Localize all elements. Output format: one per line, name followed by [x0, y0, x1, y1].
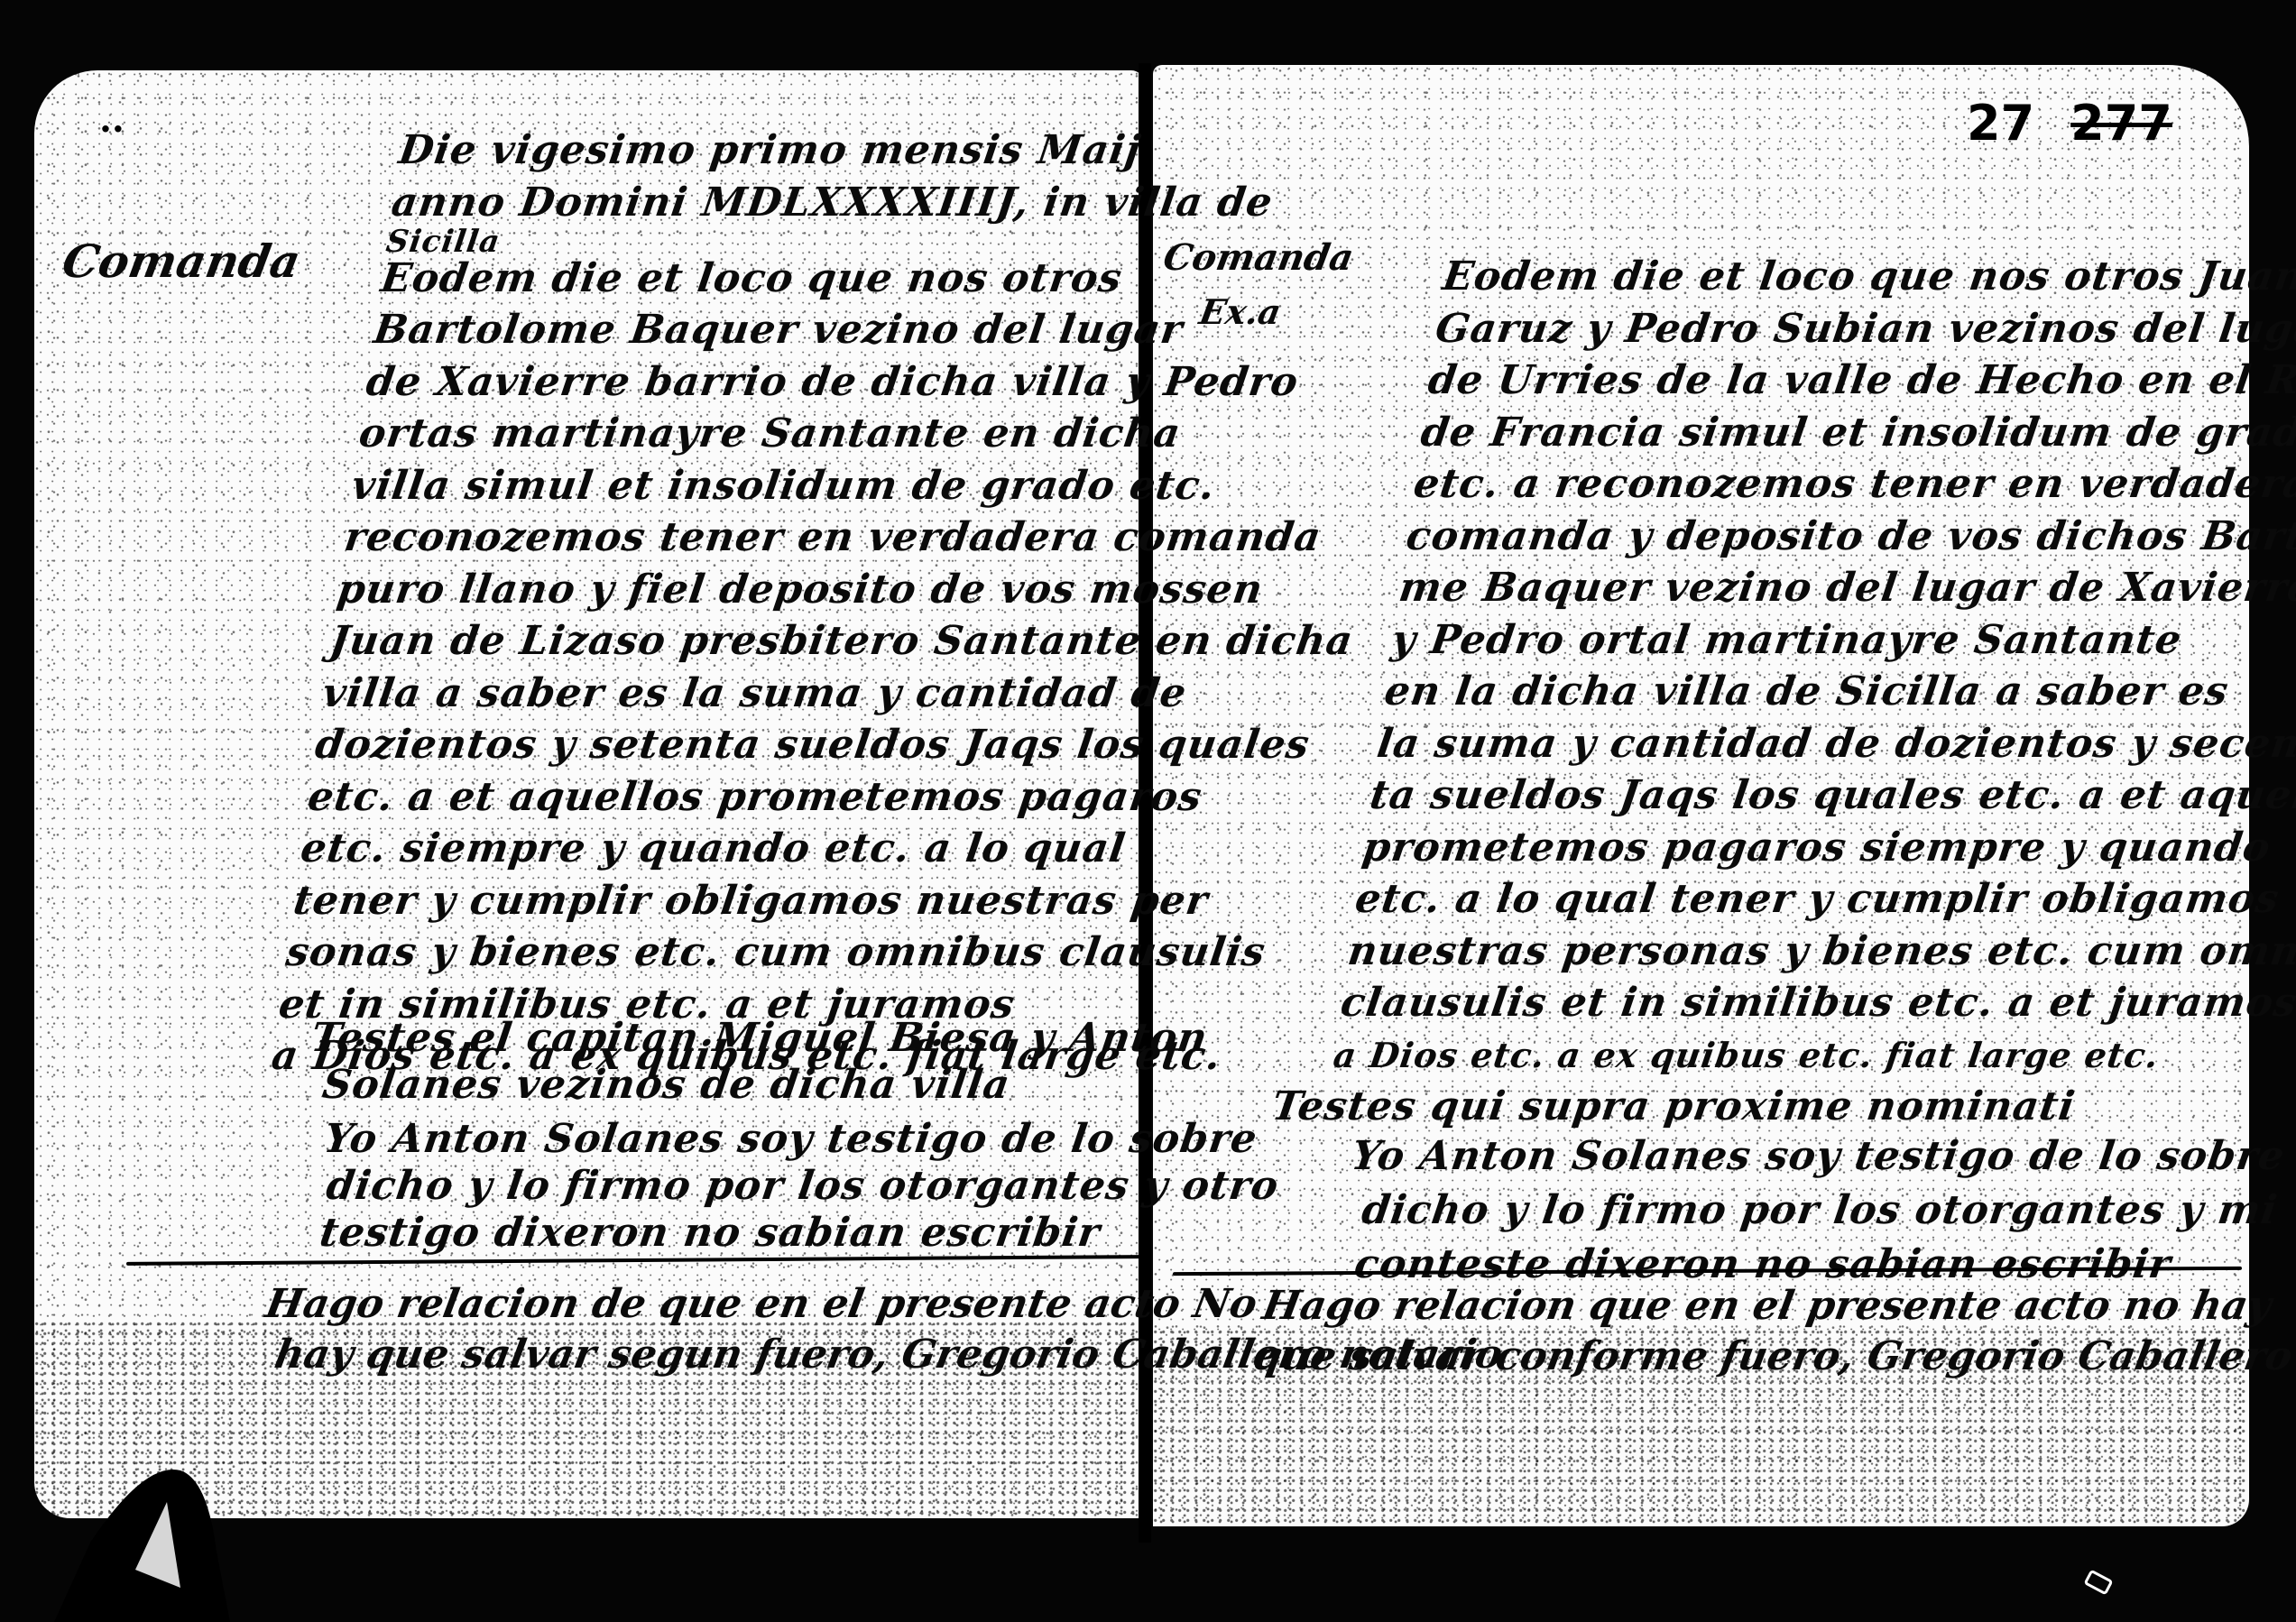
manuscript-line: Juan de Lizaso presbitero Santante en di…	[327, 615, 1357, 668]
manuscript-line: a Dios etc. a ex quibus etc. fiat large …	[1330, 1029, 2296, 1082]
manuscript-line: clausulis et in similibus etc. a et jura…	[1337, 977, 2296, 1029]
witness-line: Testes el capitan Miguel Biesa y Anton	[309, 1015, 1303, 1062]
witness-line: testigo dixeron no sabian escribir	[281, 1210, 1275, 1257]
left-witness-block: Testes el capitan Miguel Biesa y Anton S…	[281, 1015, 1303, 1257]
folio-current: 27	[1967, 95, 2034, 152]
manuscript-line: reconozemos tener en verdadera comanda	[341, 511, 1371, 564]
manuscript-line: de Xavierre barrio de dicha villa y Pedr…	[363, 356, 1393, 409]
witness-line: Yo Anton Solanes soy testigo de lo sobre	[1348, 1129, 2288, 1184]
right-margin-heading: Comanda	[1159, 233, 1358, 283]
manuscript-line: la suma y cantidad de dozientos y secen	[1374, 718, 2296, 770]
right-page-body: Eodem die et loco que nos otros Juan Gar…	[1323, 251, 2296, 1133]
manuscript-line: etc. a reconozemos tener en verdadera	[1410, 458, 2296, 511]
witness-line: Yo Anton Solanes soy testigo de lo sobre	[294, 1116, 1288, 1163]
left-margin-heading: Comanda	[59, 236, 304, 287]
folio-number: 27277	[1967, 95, 2172, 152]
manuscript-line: anno Domini MDLXXXXIIIJ, in villa de	[390, 177, 1418, 217]
manuscript-line: etc. a lo qual tener y cumplir obligamos	[1352, 873, 2296, 926]
manuscript-line: comanda y deposito de vos dichos Bartolo	[1403, 511, 2296, 563]
manuscript-line: villa simul et insolidum de grado etc.	[348, 460, 1379, 512]
manuscript-line: ta sueldos Jaqs los quales etc. a et aqu…	[1367, 770, 2296, 822]
manuscript-line: tener y cumplir obligamos nuestras per	[290, 875, 1321, 927]
right-margin-subheading: Ex.a	[1195, 287, 1285, 337]
manuscript-line: me Baquer vezino del lugar de Xavierre	[1396, 562, 2296, 614]
manuscript-line: etc. a et aquellos prometemos pagaros	[305, 771, 1335, 824]
manuscript-line: puro llano y fiel deposito de vos mossen	[334, 564, 1364, 616]
manuscript-line: villa a saber es la suma y cantidad de	[319, 668, 1350, 720]
manuscript-line: ortas martinayre Santante en dicha	[355, 408, 1386, 460]
folio-struck-previous: 277	[2070, 95, 2172, 152]
bookmark-ribbon-shape	[36, 1407, 271, 1622]
manuscript-line: Garuz y Pedro Subian vezinos del lugar	[1433, 303, 2296, 355]
witness-line: dicho y lo firmo por los otorgantes y ot…	[287, 1163, 1281, 1210]
manuscript-line: de Urries de la valle de Hecho en el Rey…	[1425, 355, 2296, 407]
corner-ink-mark: ··	[99, 108, 124, 151]
manuscript-line: etc. siempre y quando etc. a lo qual	[298, 823, 1328, 875]
right-notary-attestation: Hago relacion que en el presente acto no…	[1249, 1281, 2296, 1382]
witness-line: dicho y lo firmo por los otorgantes y mi	[1341, 1184, 2281, 1238]
manuscript-line: de Francia simul et insolidum de grado	[1417, 407, 2296, 459]
attestation-line: Hago relacion que en el presente acto no…	[1259, 1281, 2296, 1332]
manuscript-line: sonas y bienes etc. cum omnibus clausuli…	[283, 926, 1314, 979]
manuscript-line: prometemos pagaros siempre y quando	[1360, 822, 2296, 874]
manuscript-line: en la dicha villa de Sicilla a saber es	[1381, 666, 2296, 718]
manuscript-line: Die vigesimo primo mensis Maij	[396, 124, 1426, 177]
attestation-line: que salvar conforme fuero, Gregorio Caba…	[1249, 1332, 2296, 1382]
manuscript-line: dozientos y setenta sueldos Jaqs los qua…	[312, 719, 1342, 771]
manuscript-line: Eodem die et loco que nos otros Juan	[1440, 251, 2296, 303]
manuscript-line: nuestras personas y bienes etc. cum omni…	[1345, 926, 2296, 978]
manuscript-line: y Pedro ortal martinayre Santante	[1388, 614, 2296, 667]
manuscript-line: Testes qui supra proxime nominati	[1268, 1081, 2296, 1133]
witness-line: Solanes vezinos de dicha villa	[300, 1062, 1296, 1116]
